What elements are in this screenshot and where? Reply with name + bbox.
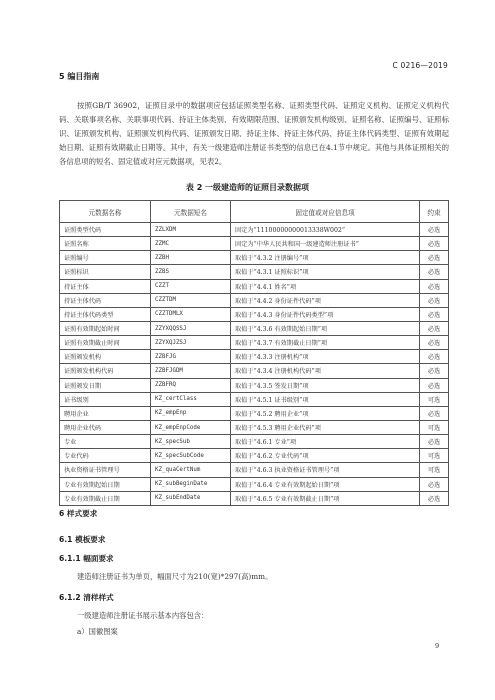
- cell-meta-short-name: ZZBFRQ: [151, 378, 231, 392]
- metadata-table: 元数据名称 元数据短名 固定值或对应信息项 约束 证照类型代码ZZLXDM固定为…: [59, 200, 449, 506]
- cell-constraint: 必选: [420, 491, 449, 505]
- table-row: 证照颁发日期ZZBFRQ取值于“4.3.5 签发日期”项必选: [60, 378, 449, 392]
- table-row: 证照名称ZZMC固定为“中华人民共和国一级建造师注册证书”必选: [60, 237, 449, 251]
- cell-constraint: 可选: [420, 392, 449, 406]
- cell-meta-short-name: KZ_quaCertNum: [151, 463, 231, 477]
- cell-meta-name: 持证主体: [60, 279, 151, 293]
- cell-meta-name: 证照有效期起始时间: [60, 321, 151, 335]
- table-row: 专业KZ_specSub取值于“4.6.1 专业”项必选: [60, 435, 449, 449]
- cell-meta-short-name: ZZBFJGDM: [151, 364, 231, 378]
- cell-constraint: 必选: [420, 406, 449, 420]
- cell-meta-name: 执业资格证书管理号: [60, 463, 151, 477]
- cell-fixed-value: 取值于“4.4.3 身份证件代码类型”项: [231, 307, 420, 321]
- list-item-a: a）国徽图案: [77, 627, 118, 637]
- cell-meta-short-name: KZ_empEnp: [151, 406, 231, 420]
- cell-meta-name: 证照标识: [60, 265, 151, 279]
- cell-constraint: 可选: [420, 449, 449, 463]
- cell-meta-short-name: KZ_certClass: [151, 392, 231, 406]
- cell-constraint: 必选: [420, 223, 449, 237]
- table-row: 证照颁发机构代码ZZBFJGDM取值于“4.3.4 注册机构代码”项必选: [60, 364, 449, 378]
- table-row: 证书级别KZ_certClass取值于“4.5.1 证书级别”项可选: [60, 392, 449, 406]
- table-header-row: 元数据名称 元数据短名 固定值或对应信息项 约束: [60, 201, 449, 223]
- header-fixed-value: 固定值或对应信息项: [231, 201, 420, 223]
- section-6-heading: 6 样式要求: [59, 508, 97, 519]
- cell-fixed-value: 固定为“11100000000013338W002”: [231, 223, 420, 237]
- table-row: 专业有效期截止日期KZ_subEndDate取值于“4.6.5 专业有效期截止日…: [60, 491, 449, 505]
- cell-meta-name: 证书级别: [60, 392, 151, 406]
- cell-fixed-value: 取值于“4.5.3 聘用企业代码”项: [231, 420, 420, 434]
- header-meta-name: 元数据名称: [60, 201, 151, 223]
- section-6-1-2-heading: 6.1.2 清样样式: [59, 592, 114, 603]
- cell-meta-name: 证照颁发机构: [60, 350, 151, 364]
- section-5-heading: 5 编目指南: [59, 71, 99, 82]
- table-caption: 表 2 一级建造师的证照目录数据项: [0, 182, 495, 193]
- section-6-1-heading: 6.1 模板要求: [59, 534, 105, 545]
- table-row: 证照编号ZZBH取值于“4.3.2 注册编号”项必选: [60, 251, 449, 265]
- table-row: 证照颁发机构ZZBFJG取值于“4.3.3 注册机构”项必选: [60, 350, 449, 364]
- cell-constraint: 必选: [420, 265, 449, 279]
- cell-meta-name: 证照颁发机构代码: [60, 364, 151, 378]
- cell-constraint: 必选: [420, 237, 449, 251]
- cell-meta-name: 专业: [60, 435, 151, 449]
- cell-meta-short-name: KZ_empEnpCode: [151, 420, 231, 434]
- cell-fixed-value: 取值于“4.6.2 专业代码”项: [231, 449, 420, 463]
- cell-constraint: 必选: [420, 364, 449, 378]
- table-row: 证照有效期起始时间ZZYXQQSSJ取值于“4.3.6 有效期起始日期”项必选: [60, 321, 449, 335]
- cell-fixed-value: 取值于“4.6.5 专业有效期截止日期”项: [231, 491, 420, 505]
- table-row: 持证主体代码CZZTDM取值于“4.4.2 身份证件代码”项必选: [60, 293, 449, 307]
- cell-fixed-value: 固定为“中华人民共和国一级建造师注册证书”: [231, 237, 420, 251]
- cell-constraint: 必选: [420, 307, 449, 321]
- cell-fixed-value: 取值于“4.6.1 专业”项: [231, 435, 420, 449]
- cell-fixed-value: 取值于“4.4.1 姓名”项: [231, 279, 420, 293]
- cell-meta-short-name: ZZBS: [151, 265, 231, 279]
- table-row: 聘用企业KZ_empEnp取值于“4.5.2 聘用企业”项必选: [60, 406, 449, 420]
- cell-meta-short-name: CZZTDMLX: [151, 307, 231, 321]
- table-row: 执业资格证书管理号KZ_quaCertNum取值于“4.6.3 执业资格证书管理…: [60, 463, 449, 477]
- cell-meta-short-name: ZZYXQJZSJ: [151, 336, 231, 350]
- cell-meta-name: 证照名称: [60, 237, 151, 251]
- cell-constraint: 必选: [420, 336, 449, 350]
- cell-fixed-value: 取值于“4.3.4 注册机构代码”项: [231, 364, 420, 378]
- cell-meta-name: 证照有效期截止时间: [60, 336, 151, 350]
- cell-constraint: 必选: [420, 435, 449, 449]
- table-row: 聘用企业代码KZ_empEnpCode取值于“4.5.3 聘用企业代码”项可选: [60, 420, 449, 434]
- cell-fixed-value: 取值于“4.3.1 证照标识”项: [231, 265, 420, 279]
- cell-constraint: 必选: [420, 350, 449, 364]
- cell-constraint: 必选: [420, 251, 449, 265]
- cell-constraint: 可选: [420, 420, 449, 434]
- cell-meta-name: 聘用企业: [60, 406, 151, 420]
- cell-fixed-value: 取值于“4.3.3 注册机构”项: [231, 350, 420, 364]
- cell-constraint: 必选: [420, 378, 449, 392]
- cell-fixed-value: 取值于“4.3.6 有效期起始日期”项: [231, 321, 420, 335]
- section-6-1-2-text: 一级建造师注册证书展示基本内容包含：: [77, 611, 208, 621]
- table-row: 证照类型代码ZZLXDM固定为“11100000000013338W002”必选: [60, 223, 449, 237]
- cell-meta-name: 证照颁发日期: [60, 378, 151, 392]
- table-row: 证照有效期截止时间ZZYXQJZSJ取值于“4.3.7 有效期截止日期”项必选: [60, 336, 449, 350]
- cell-meta-name: 持证主体代码类型: [60, 307, 151, 321]
- cell-fixed-value: 取值于“4.3.2 注册编号”项: [231, 251, 420, 265]
- cell-meta-name: 专业有效期起始日期: [60, 477, 151, 491]
- cell-meta-short-name: ZZBFJG: [151, 350, 231, 364]
- standard-code: C 0216—2019: [393, 61, 449, 70]
- cell-fixed-value: 取值于“4.5.1 证书级别”项: [231, 392, 420, 406]
- cell-constraint: 必选: [420, 321, 449, 335]
- section-5-paragraph: 按照GB/T 36902，证照目录中的数据项应包括证照类型名称、证照类型代码、证…: [59, 99, 449, 169]
- cell-constraint: 必选: [420, 279, 449, 293]
- table-row: 持证主体CZZT取值于“4.4.1 姓名”项必选: [60, 279, 449, 293]
- cell-meta-short-name: ZZMC: [151, 237, 231, 251]
- cell-meta-name: 聘用企业代码: [60, 420, 151, 434]
- cell-meta-name: 证照编号: [60, 251, 151, 265]
- cell-meta-name: 专业有效期截止日期: [60, 491, 151, 505]
- header-meta-short-name: 元数据短名: [151, 201, 231, 223]
- section-6-1-1-text: 建造师注册证书为单页，幅面尺寸为210(宽)*297(高)mm。: [77, 572, 272, 582]
- table-row: 专业代码KZ_specSubCode取值于“4.6.2 专业代码”项可选: [60, 449, 449, 463]
- cell-meta-short-name: KZ_subEndDate: [151, 491, 231, 505]
- cell-fixed-value: 取值于“4.6.3 执业资格证书管理号”项: [231, 463, 420, 477]
- table-row: 持证主体代码类型CZZTDMLX取值于“4.4.3 身份证件代码类型”项必选: [60, 307, 449, 321]
- cell-meta-short-name: ZZLXDM: [151, 223, 231, 237]
- cell-meta-short-name: KZ_subBeginDate: [151, 477, 231, 491]
- cell-constraint: 必选: [420, 293, 449, 307]
- cell-constraint: 可选: [420, 463, 449, 477]
- cell-meta-short-name: CZZT: [151, 279, 231, 293]
- cell-meta-short-name: KZ_specSubCode: [151, 449, 231, 463]
- section-6-1-1-heading: 6.1.1 幅面要求: [59, 553, 114, 564]
- page-number: 9: [435, 642, 439, 650]
- cell-meta-short-name: CZZTDM: [151, 293, 231, 307]
- table-row: 专业有效期起始日期KZ_subBeginDate取值于“4.6.4 专业有效期起…: [60, 477, 449, 491]
- cell-meta-short-name: ZZYXQQSSJ: [151, 321, 231, 335]
- cell-meta-name: 专业代码: [60, 449, 151, 463]
- cell-fixed-value: 取值于“4.5.2 聘用企业”项: [231, 406, 420, 420]
- cell-constraint: 必选: [420, 477, 449, 491]
- cell-fixed-value: 取值于“4.3.5 签发日期”项: [231, 378, 420, 392]
- table-row: 证照标识ZZBS取值于“4.3.1 证照标识”项必选: [60, 265, 449, 279]
- cell-meta-short-name: KZ_specSub: [151, 435, 231, 449]
- cell-meta-short-name: ZZBH: [151, 251, 231, 265]
- cell-fixed-value: 取值于“4.4.2 身份证件代码”项: [231, 293, 420, 307]
- cell-fixed-value: 取值于“4.3.7 有效期截止日期”项: [231, 336, 420, 350]
- cell-meta-name: 证照类型代码: [60, 223, 151, 237]
- header-constraint: 约束: [420, 201, 449, 223]
- cell-fixed-value: 取值于“4.6.4 专业有效期起始日期”项: [231, 477, 420, 491]
- cell-meta-name: 持证主体代码: [60, 293, 151, 307]
